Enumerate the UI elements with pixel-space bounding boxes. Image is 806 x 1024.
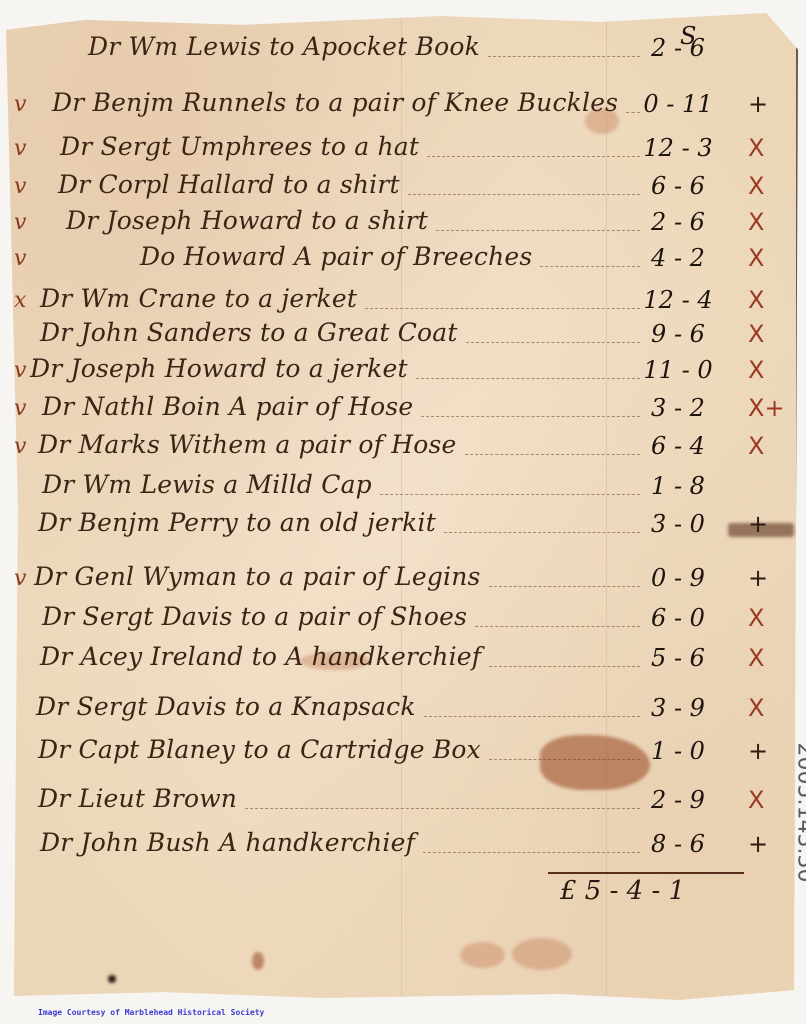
entry-amount: 9 - 6 bbox=[618, 320, 738, 348]
ledger-row: vDr Joseph Howard to a shirt2 - 6X bbox=[0, 204, 806, 240]
ledger-row: vDo Howard A pair of Breeches4 - 2X bbox=[0, 240, 806, 276]
x-mark-icon: X bbox=[748, 172, 764, 200]
checkmark-icon: v bbox=[14, 246, 26, 271]
entry-description: Dr Wm Lewis to Apocket Book bbox=[88, 32, 480, 61]
ledger-row: xDr Wm Crane to a jerket12 - 4X bbox=[0, 282, 806, 318]
leader-line bbox=[423, 852, 640, 853]
entry-amount: 2 - 9 bbox=[618, 786, 738, 814]
checkmark-icon: v bbox=[14, 396, 26, 421]
ledger-row: vDr Sergt Umphrees to a hat12 - 3X bbox=[0, 130, 806, 166]
x-mark-icon: X bbox=[748, 208, 764, 236]
ledger-row: Dr Benjm Perry to an old jerkit3 - 0+ bbox=[0, 506, 806, 542]
entry-amount: 2 - 6 bbox=[618, 34, 738, 62]
total-rule bbox=[548, 872, 744, 874]
ledger-row: vDr Joseph Howard to a jerket11 - 0X bbox=[0, 352, 806, 388]
ledger-row: Dr Wm Lewis a Milld Cap1 - 8 bbox=[0, 468, 806, 504]
ledger-row: Dr Lieut Brown2 - 9X bbox=[0, 782, 806, 818]
plus-mark-icon: + bbox=[748, 510, 768, 538]
checkmark-icon: x bbox=[14, 288, 26, 313]
ledger-row: vDr Marks Withem a pair of Hose6 - 4X bbox=[0, 428, 806, 464]
x-mark-icon: X bbox=[748, 644, 764, 672]
entry-description: Dr Genl Wyman to a pair of Legins bbox=[34, 562, 481, 591]
x-mark-icon: X bbox=[748, 604, 764, 632]
checkmark-icon: v bbox=[14, 210, 26, 235]
entry-amount: 11 - 0 bbox=[618, 356, 738, 384]
leader-line bbox=[421, 416, 640, 417]
entry-amount: 2 - 6 bbox=[618, 208, 738, 236]
entry-amount: 6 - 6 bbox=[618, 172, 738, 200]
leader-line bbox=[427, 156, 640, 157]
entry-amount: 1 - 0 bbox=[618, 737, 738, 765]
entry-description: Dr Acey Ireland to A handkerchief bbox=[40, 642, 481, 671]
entry-description: Dr Corpl Hallard to a shirt bbox=[58, 170, 400, 199]
x-mark-icon: X bbox=[748, 786, 764, 814]
entry-amount: 5 - 6 bbox=[618, 644, 738, 672]
x-mark-icon: X bbox=[748, 694, 764, 722]
entry-description: Dr John Bush A handkerchief bbox=[40, 828, 415, 857]
entry-description: Dr Joseph Howard to a shirt bbox=[66, 206, 428, 235]
entry-description: Dr Marks Withem a pair of Hose bbox=[38, 430, 457, 459]
x-mark-icon: X bbox=[748, 432, 764, 460]
entry-description: Dr Joseph Howard to a jerket bbox=[30, 354, 408, 383]
leader-line bbox=[245, 808, 640, 809]
checkmark-icon: v bbox=[14, 174, 26, 199]
plus-mark-icon: + bbox=[748, 90, 768, 118]
ledger-row: vDr Corpl Hallard to a shirt6 - 6X bbox=[0, 168, 806, 204]
entry-description: Do Howard A pair of Breeches bbox=[140, 242, 532, 271]
checkmark-icon: v bbox=[14, 92, 26, 117]
plus-mark-icon: + bbox=[748, 564, 768, 592]
ledger-row: Dr Wm Lewis to Apocket Book2 - 6 bbox=[0, 30, 806, 66]
leader-line bbox=[475, 626, 640, 627]
x-mark-icon: X bbox=[748, 356, 764, 384]
entry-description: Dr Sergt Davis to a pair of Shoes bbox=[42, 602, 467, 631]
leader-line bbox=[444, 532, 640, 533]
plus-mark-icon: + bbox=[748, 737, 768, 765]
catalog-number: 2005.143.30 bbox=[792, 743, 806, 883]
entry-amount: 12 - 4 bbox=[618, 286, 738, 314]
x-mark-icon: X bbox=[748, 320, 764, 348]
entry-amount: 3 - 0 bbox=[618, 510, 738, 538]
ledger-row: Dr Sergt Davis to a pair of Shoes6 - 0X bbox=[0, 600, 806, 636]
ledger-row: Dr John Sanders to a Great Coat9 - 6X bbox=[0, 316, 806, 352]
image-credit: Image Courtesy of Marblehead Historical … bbox=[38, 1008, 264, 1017]
entry-description: Dr Lieut Brown bbox=[38, 784, 237, 813]
entry-amount: 3 - 9 bbox=[618, 694, 738, 722]
ledger-row: Dr Capt Blaney to a Cartridge Box1 - 0+ bbox=[0, 733, 806, 769]
ledger-row: vDr Nathl Boin A pair of Hose3 - 2X+ bbox=[0, 390, 806, 426]
leader-line bbox=[380, 494, 640, 495]
ledger-row: Dr Sergt Davis to a Knapsack3 - 9X bbox=[0, 690, 806, 726]
checkmark-icon: v bbox=[14, 434, 26, 459]
ledger-entries: Dr Wm Lewis to Apocket Book2 - 6vDr Benj… bbox=[0, 0, 806, 1024]
entry-amount: 6 - 0 bbox=[618, 604, 738, 632]
entry-amount: 8 - 6 bbox=[618, 830, 738, 858]
entry-amount: 4 - 2 bbox=[618, 244, 738, 272]
x-mark-icon: X bbox=[748, 244, 764, 272]
entry-description: Dr Sergt Davis to a Knapsack bbox=[36, 692, 416, 721]
checkmark-icon: v bbox=[14, 136, 26, 161]
leader-line bbox=[408, 194, 640, 195]
ledger-row: Dr John Bush A handkerchief8 - 6+ bbox=[0, 826, 806, 862]
entry-description: Dr Sergt Umphrees to a hat bbox=[60, 132, 419, 161]
x-mark-icon: X+ bbox=[748, 394, 785, 422]
ledger-total: £ 5 - 4 - 1 bbox=[560, 876, 685, 906]
entry-amount: 0 - 9 bbox=[618, 564, 738, 592]
ledger-row: vDr Genl Wyman to a pair of Legins0 - 9+ bbox=[0, 560, 806, 596]
entry-description: Dr Benjm Perry to an old jerkit bbox=[38, 508, 436, 537]
entry-description: Dr Wm Crane to a jerket bbox=[40, 284, 357, 313]
leader-line bbox=[466, 342, 640, 343]
entry-amount: 3 - 2 bbox=[618, 394, 738, 422]
entry-amount: 6 - 4 bbox=[618, 432, 738, 460]
leader-line bbox=[424, 716, 640, 717]
leader-line bbox=[416, 378, 640, 379]
entry-amount: 0 - 11 bbox=[618, 90, 738, 118]
entry-amount: 1 - 8 bbox=[618, 472, 738, 500]
entry-description: Dr John Sanders to a Great Coat bbox=[40, 318, 458, 347]
leader-line bbox=[365, 308, 640, 309]
entry-description: Dr Capt Blaney to a Cartridge Box bbox=[38, 735, 481, 764]
x-mark-icon: X bbox=[748, 134, 764, 162]
entry-description: Dr Wm Lewis a Milld Cap bbox=[42, 470, 372, 499]
entry-description: Dr Nathl Boin A pair of Hose bbox=[42, 392, 413, 421]
checkmark-icon: v bbox=[14, 358, 26, 383]
entry-amount: 12 - 3 bbox=[618, 134, 738, 162]
leader-line bbox=[465, 454, 640, 455]
ledger-row: Dr Acey Ireland to A handkerchief5 - 6X bbox=[0, 640, 806, 676]
entry-description: Dr Benjm Runnels to a pair of Knee Buckl… bbox=[52, 88, 618, 117]
ledger-row: vDr Benjm Runnels to a pair of Knee Buck… bbox=[0, 86, 806, 122]
leader-line bbox=[436, 230, 640, 231]
checkmark-icon: v bbox=[14, 566, 26, 591]
x-mark-icon: X bbox=[748, 286, 764, 314]
plus-mark-icon: + bbox=[748, 830, 768, 858]
